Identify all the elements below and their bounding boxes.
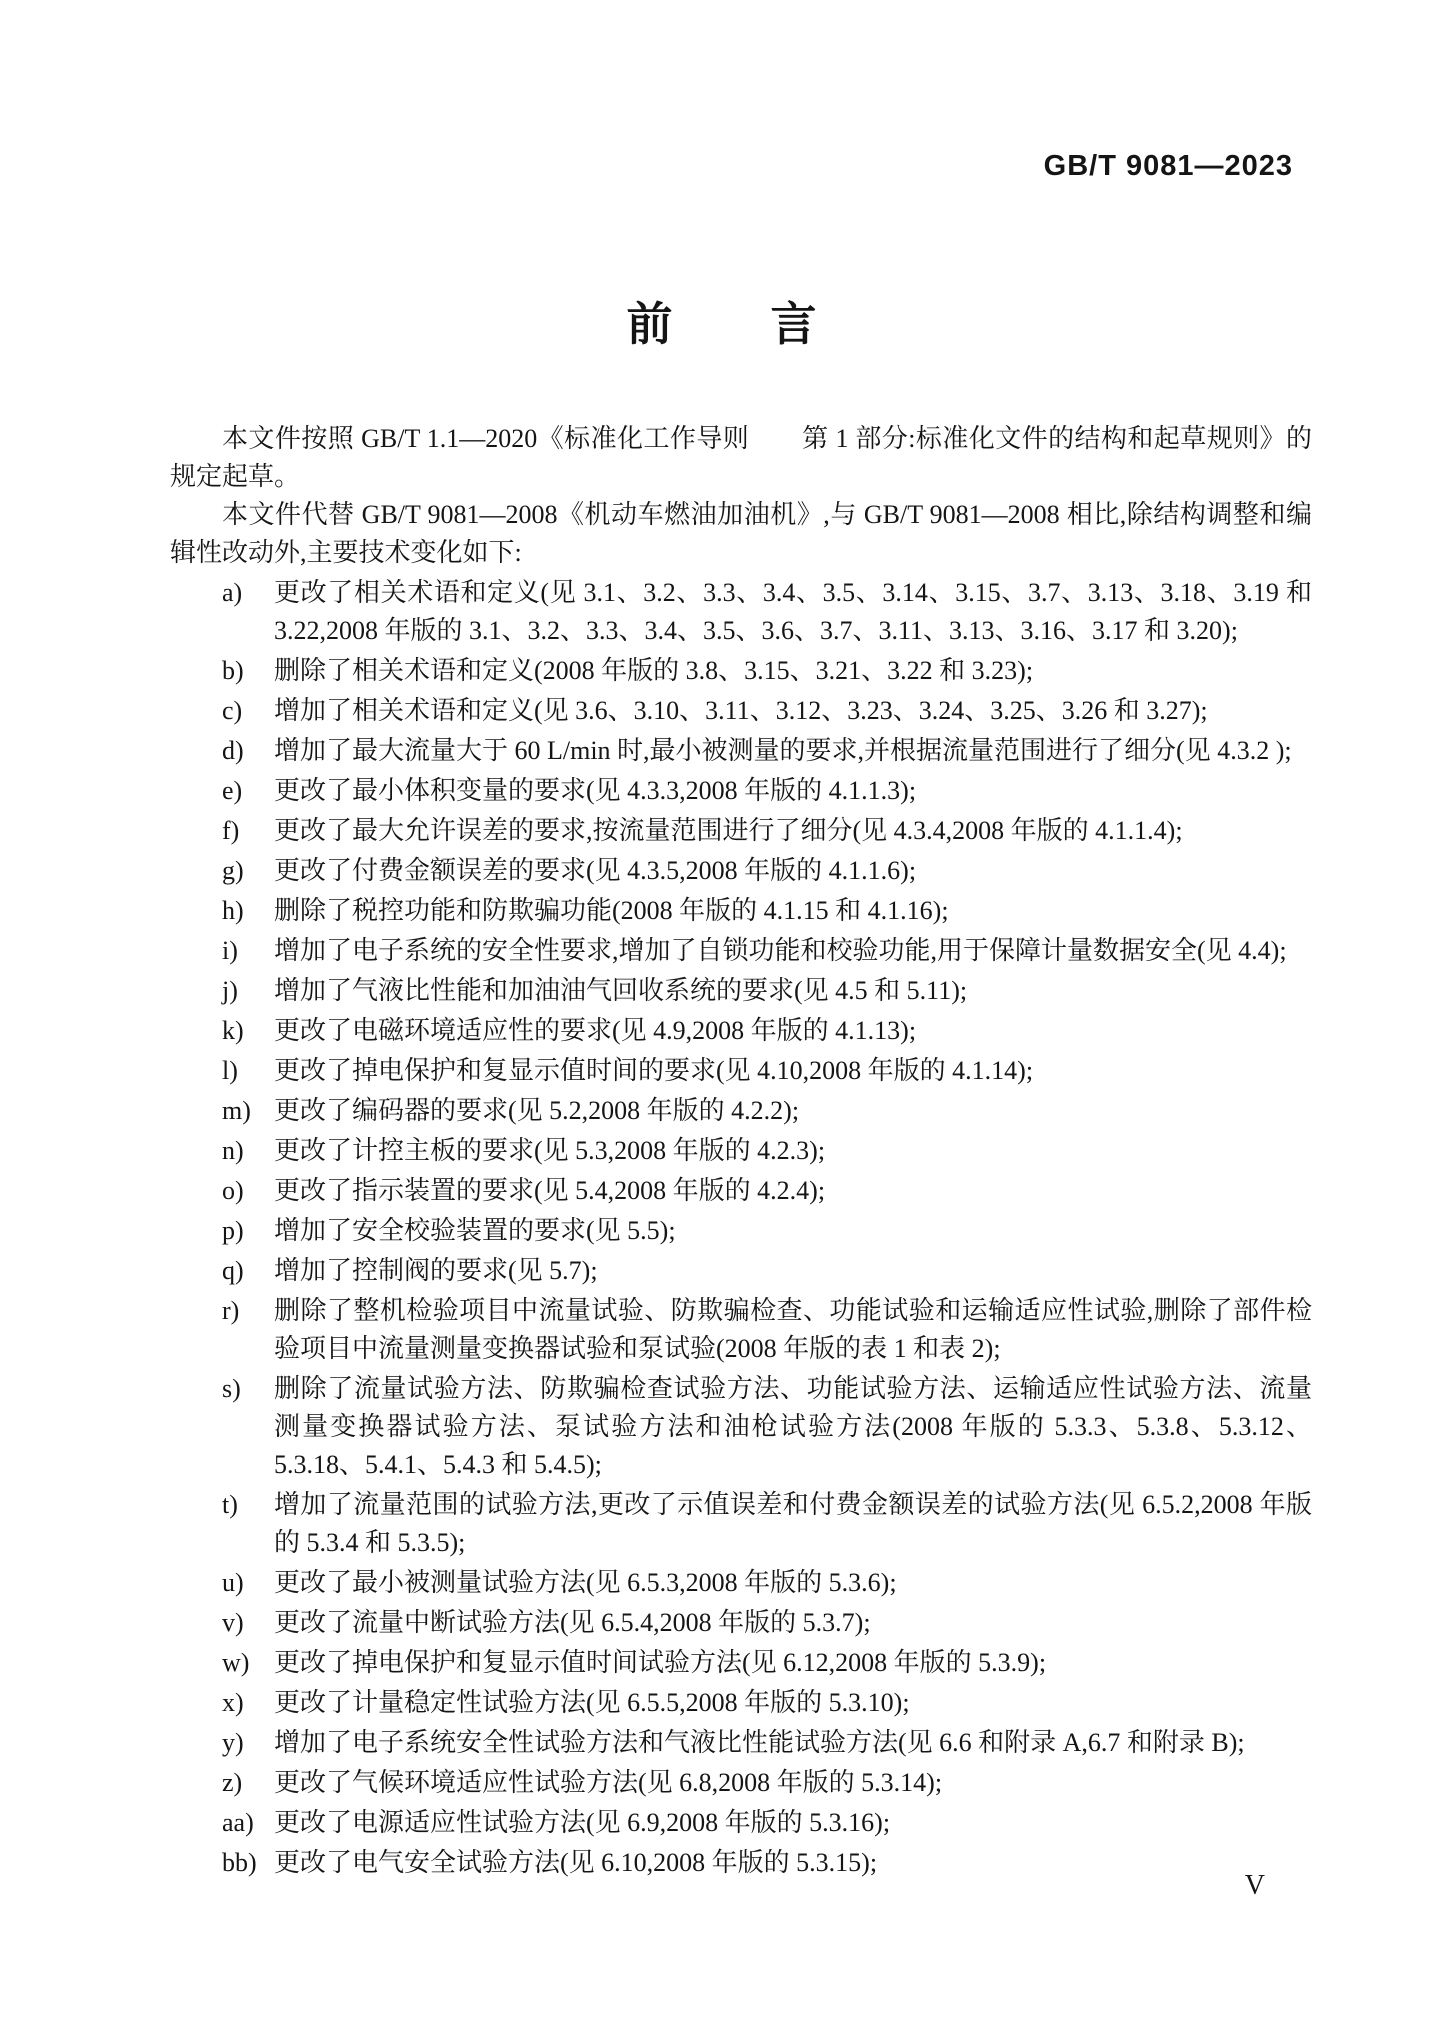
item-text: 删除了整机检验项目中流量试验、防欺骗检查、功能试验和运输适应性试验,删除了部件检… [274,1296,1312,1363]
item-label: h) [222,892,244,930]
list-item: v) 更改了流量中断试验方法(见 6.5.4,2008 年版的 5.3.7); [170,1604,1312,1642]
item-text: 更改了最大允许误差的要求,按流量范围进行了细分(见 4.3.4,2008 年版的… [274,816,1183,845]
list-item: a) 更改了相关术语和定义(见 3.1、3.2、3.3、3.4、3.5、3.14… [170,574,1312,650]
item-label: y) [222,1724,244,1762]
item-text: 更改了最小被测量试验方法(见 6.5.3,2008 年版的 5.3.6); [274,1568,897,1597]
item-label: a) [222,574,242,612]
list-item: x) 更改了计量稳定性试验方法(见 6.5.5,2008 年版的 5.3.10)… [170,1684,1312,1722]
item-label: v) [222,1604,244,1642]
page-title: 前 言 [0,288,1445,354]
item-label: p) [222,1212,244,1250]
item-label: aa) [222,1804,254,1842]
list-item: n) 更改了计控主板的要求(见 5.3,2008 年版的 4.2.3); [170,1132,1312,1170]
list-item: c) 增加了相关术语和定义(见 3.6、3.10、3.11、3.12、3.23、… [170,692,1312,730]
item-text: 增加了相关术语和定义(见 3.6、3.10、3.11、3.12、3.23、3.2… [274,696,1208,725]
item-text: 更改了电磁环境适应性的要求(见 4.9,2008 年版的 4.1.13); [274,1016,916,1045]
item-label: u) [222,1564,244,1602]
item-text: 更改了付费金额误差的要求(见 4.3.5,2008 年版的 4.1.1.6); [274,856,916,885]
item-text: 增加了电子系统安全性试验方法和气液比性能试验方法(见 6.6 和附录 A,6.7… [274,1728,1245,1757]
item-text: 更改了计量稳定性试验方法(见 6.5.5,2008 年版的 5.3.10); [274,1688,910,1717]
item-text: 更改了编码器的要求(见 5.2,2008 年版的 4.2.2); [274,1096,799,1125]
item-text: 更改了掉电保护和复显示值时间试验方法(见 6.12,2008 年版的 5.3.9… [274,1648,1046,1677]
item-text: 更改了计控主板的要求(见 5.3,2008 年版的 4.2.3); [274,1136,825,1165]
list-item: u) 更改了最小被测量试验方法(见 6.5.3,2008 年版的 5.3.6); [170,1564,1312,1602]
item-label: n) [222,1132,244,1170]
item-text: 更改了电源适应性试验方法(见 6.9,2008 年版的 5.3.16); [274,1808,890,1837]
item-label: i) [222,932,238,970]
item-label: w) [222,1644,249,1682]
item-label: o) [222,1172,244,1210]
list-item: w) 更改了掉电保护和复显示值时间试验方法(见 6.12,2008 年版的 5.… [170,1644,1312,1682]
item-label: r) [222,1292,239,1330]
item-label: z) [222,1764,242,1802]
list-item: d) 增加了最大流量大于 60 L/min 时,最小被测量的要求,并根据流量范围… [170,732,1312,770]
item-text: 删除了相关术语和定义(2008 年版的 3.8、3.15、3.21、3.22 和… [274,656,1033,685]
item-text: 更改了指示装置的要求(见 5.4,2008 年版的 4.2.4); [274,1176,825,1205]
item-text: 更改了相关术语和定义(见 3.1、3.2、3.3、3.4、3.5、3.14、3.… [274,578,1312,645]
list-item: y) 增加了电子系统安全性试验方法和气液比性能试验方法(见 6.6 和附录 A,… [170,1724,1312,1762]
list-item: l) 更改了掉电保护和复显示值时间的要求(见 4.10,2008 年版的 4.1… [170,1052,1312,1090]
item-label: t) [222,1486,238,1524]
item-text: 删除了流量试验方法、防欺骗检查试验方法、功能试验方法、运输适应性试验方法、流量测… [274,1374,1312,1479]
list-item: i) 增加了电子系统的安全性要求,增加了自锁功能和校验功能,用于保障计量数据安全… [170,932,1312,970]
item-text: 更改了最小体积变量的要求(见 4.3.3,2008 年版的 4.1.1.3); [274,776,916,805]
list-item: bb) 更改了电气安全试验方法(见 6.10,2008 年版的 5.3.15); [170,1844,1312,1882]
item-text: 增加了气液比性能和加油油气回收系统的要求(见 4.5 和 5.11); [274,976,967,1005]
list-item: f) 更改了最大允许误差的要求,按流量范围进行了细分(见 4.3.4,2008 … [170,812,1312,850]
item-label: d) [222,732,244,770]
item-label: f) [222,812,239,850]
list-item: g) 更改了付费金额误差的要求(见 4.3.5,2008 年版的 4.1.1.6… [170,852,1312,890]
item-text: 更改了气候环境适应性试验方法(见 6.8,2008 年版的 5.3.14); [274,1768,942,1797]
list-item: t) 增加了流量范围的试验方法,更改了示值误差和付费金额误差的试验方法(见 6.… [170,1486,1312,1562]
item-label: g) [222,852,244,890]
item-text: 删除了税控功能和防欺骗功能(2008 年版的 4.1.15 和 4.1.16); [274,896,949,925]
list-item: k) 更改了电磁环境适应性的要求(见 4.9,2008 年版的 4.1.13); [170,1012,1312,1050]
item-text: 增加了安全校验装置的要求(见 5.5); [274,1216,676,1245]
list-item: h) 删除了税控功能和防欺骗功能(2008 年版的 4.1.15 和 4.1.1… [170,892,1312,930]
standard-number-header: GB/T 9081—2023 [1044,150,1293,183]
list-item: o) 更改了指示装置的要求(见 5.4,2008 年版的 4.2.4); [170,1172,1312,1210]
item-text: 增加了流量范围的试验方法,更改了示值误差和付费金额误差的试验方法(见 6.5.2… [274,1490,1312,1557]
item-text: 增加了电子系统的安全性要求,增加了自锁功能和校验功能,用于保障计量数据安全(见 … [274,936,1287,965]
list-item: e) 更改了最小体积变量的要求(见 4.3.3,2008 年版的 4.1.1.3… [170,772,1312,810]
list-item: j) 增加了气液比性能和加油油气回收系统的要求(见 4.5 和 5.11); [170,972,1312,1010]
item-label: l) [222,1052,238,1090]
item-label: q) [222,1252,244,1290]
list-item: z) 更改了气候环境适应性试验方法(见 6.8,2008 年版的 5.3.14)… [170,1764,1312,1802]
document-page: GB/T 9081—2023 前 言 本文件按照 GB/T 1.1—2020《标… [0,0,1445,2044]
list-item: p) 增加了安全校验装置的要求(见 5.5); [170,1212,1312,1250]
list-item: r) 删除了整机检验项目中流量试验、防欺骗检查、功能试验和运输适应性试验,删除了… [170,1292,1312,1368]
item-label: x) [222,1684,244,1722]
list-item: aa) 更改了电源适应性试验方法(见 6.9,2008 年版的 5.3.16); [170,1804,1312,1842]
item-label: j) [222,972,238,1010]
foreword-paragraph-2: 本文件代替 GB/T 9081—2008《机动车燃油加油机》,与 GB/T 90… [170,496,1312,572]
changes-list: a) 更改了相关术语和定义(见 3.1、3.2、3.3、3.4、3.5、3.14… [170,574,1312,1882]
list-item: s) 删除了流量试验方法、防欺骗检查试验方法、功能试验方法、运输适应性试验方法、… [170,1370,1312,1484]
item-text: 更改了电气安全试验方法(见 6.10,2008 年版的 5.3.15); [274,1848,877,1877]
item-label: m) [222,1092,251,1130]
item-label: e) [222,772,242,810]
list-item: b) 删除了相关术语和定义(2008 年版的 3.8、3.15、3.21、3.2… [170,652,1312,690]
item-label: k) [222,1012,244,1050]
foreword-content: 本文件按照 GB/T 1.1—2020《标准化工作导则 第 1 部分:标准化文件… [170,420,1312,1882]
item-text: 更改了掉电保护和复显示值时间的要求(见 4.10,2008 年版的 4.1.14… [274,1056,1033,1085]
item-text: 增加了控制阀的要求(见 5.7); [274,1256,598,1285]
item-text: 更改了流量中断试验方法(见 6.5.4,2008 年版的 5.3.7); [274,1608,871,1637]
item-text: 增加了最大流量大于 60 L/min 时,最小被测量的要求,并根据流量范围进行了… [274,736,1292,765]
item-label: c) [222,692,242,730]
page-number: V [1245,1870,1265,1902]
item-label: s) [222,1370,241,1408]
item-label: bb) [222,1844,257,1882]
list-item: m) 更改了编码器的要求(见 5.2,2008 年版的 4.2.2); [170,1092,1312,1130]
foreword-paragraph-1: 本文件按照 GB/T 1.1—2020《标准化工作导则 第 1 部分:标准化文件… [170,420,1312,496]
item-label: b) [222,652,244,690]
list-item: q) 增加了控制阀的要求(见 5.7); [170,1252,1312,1290]
